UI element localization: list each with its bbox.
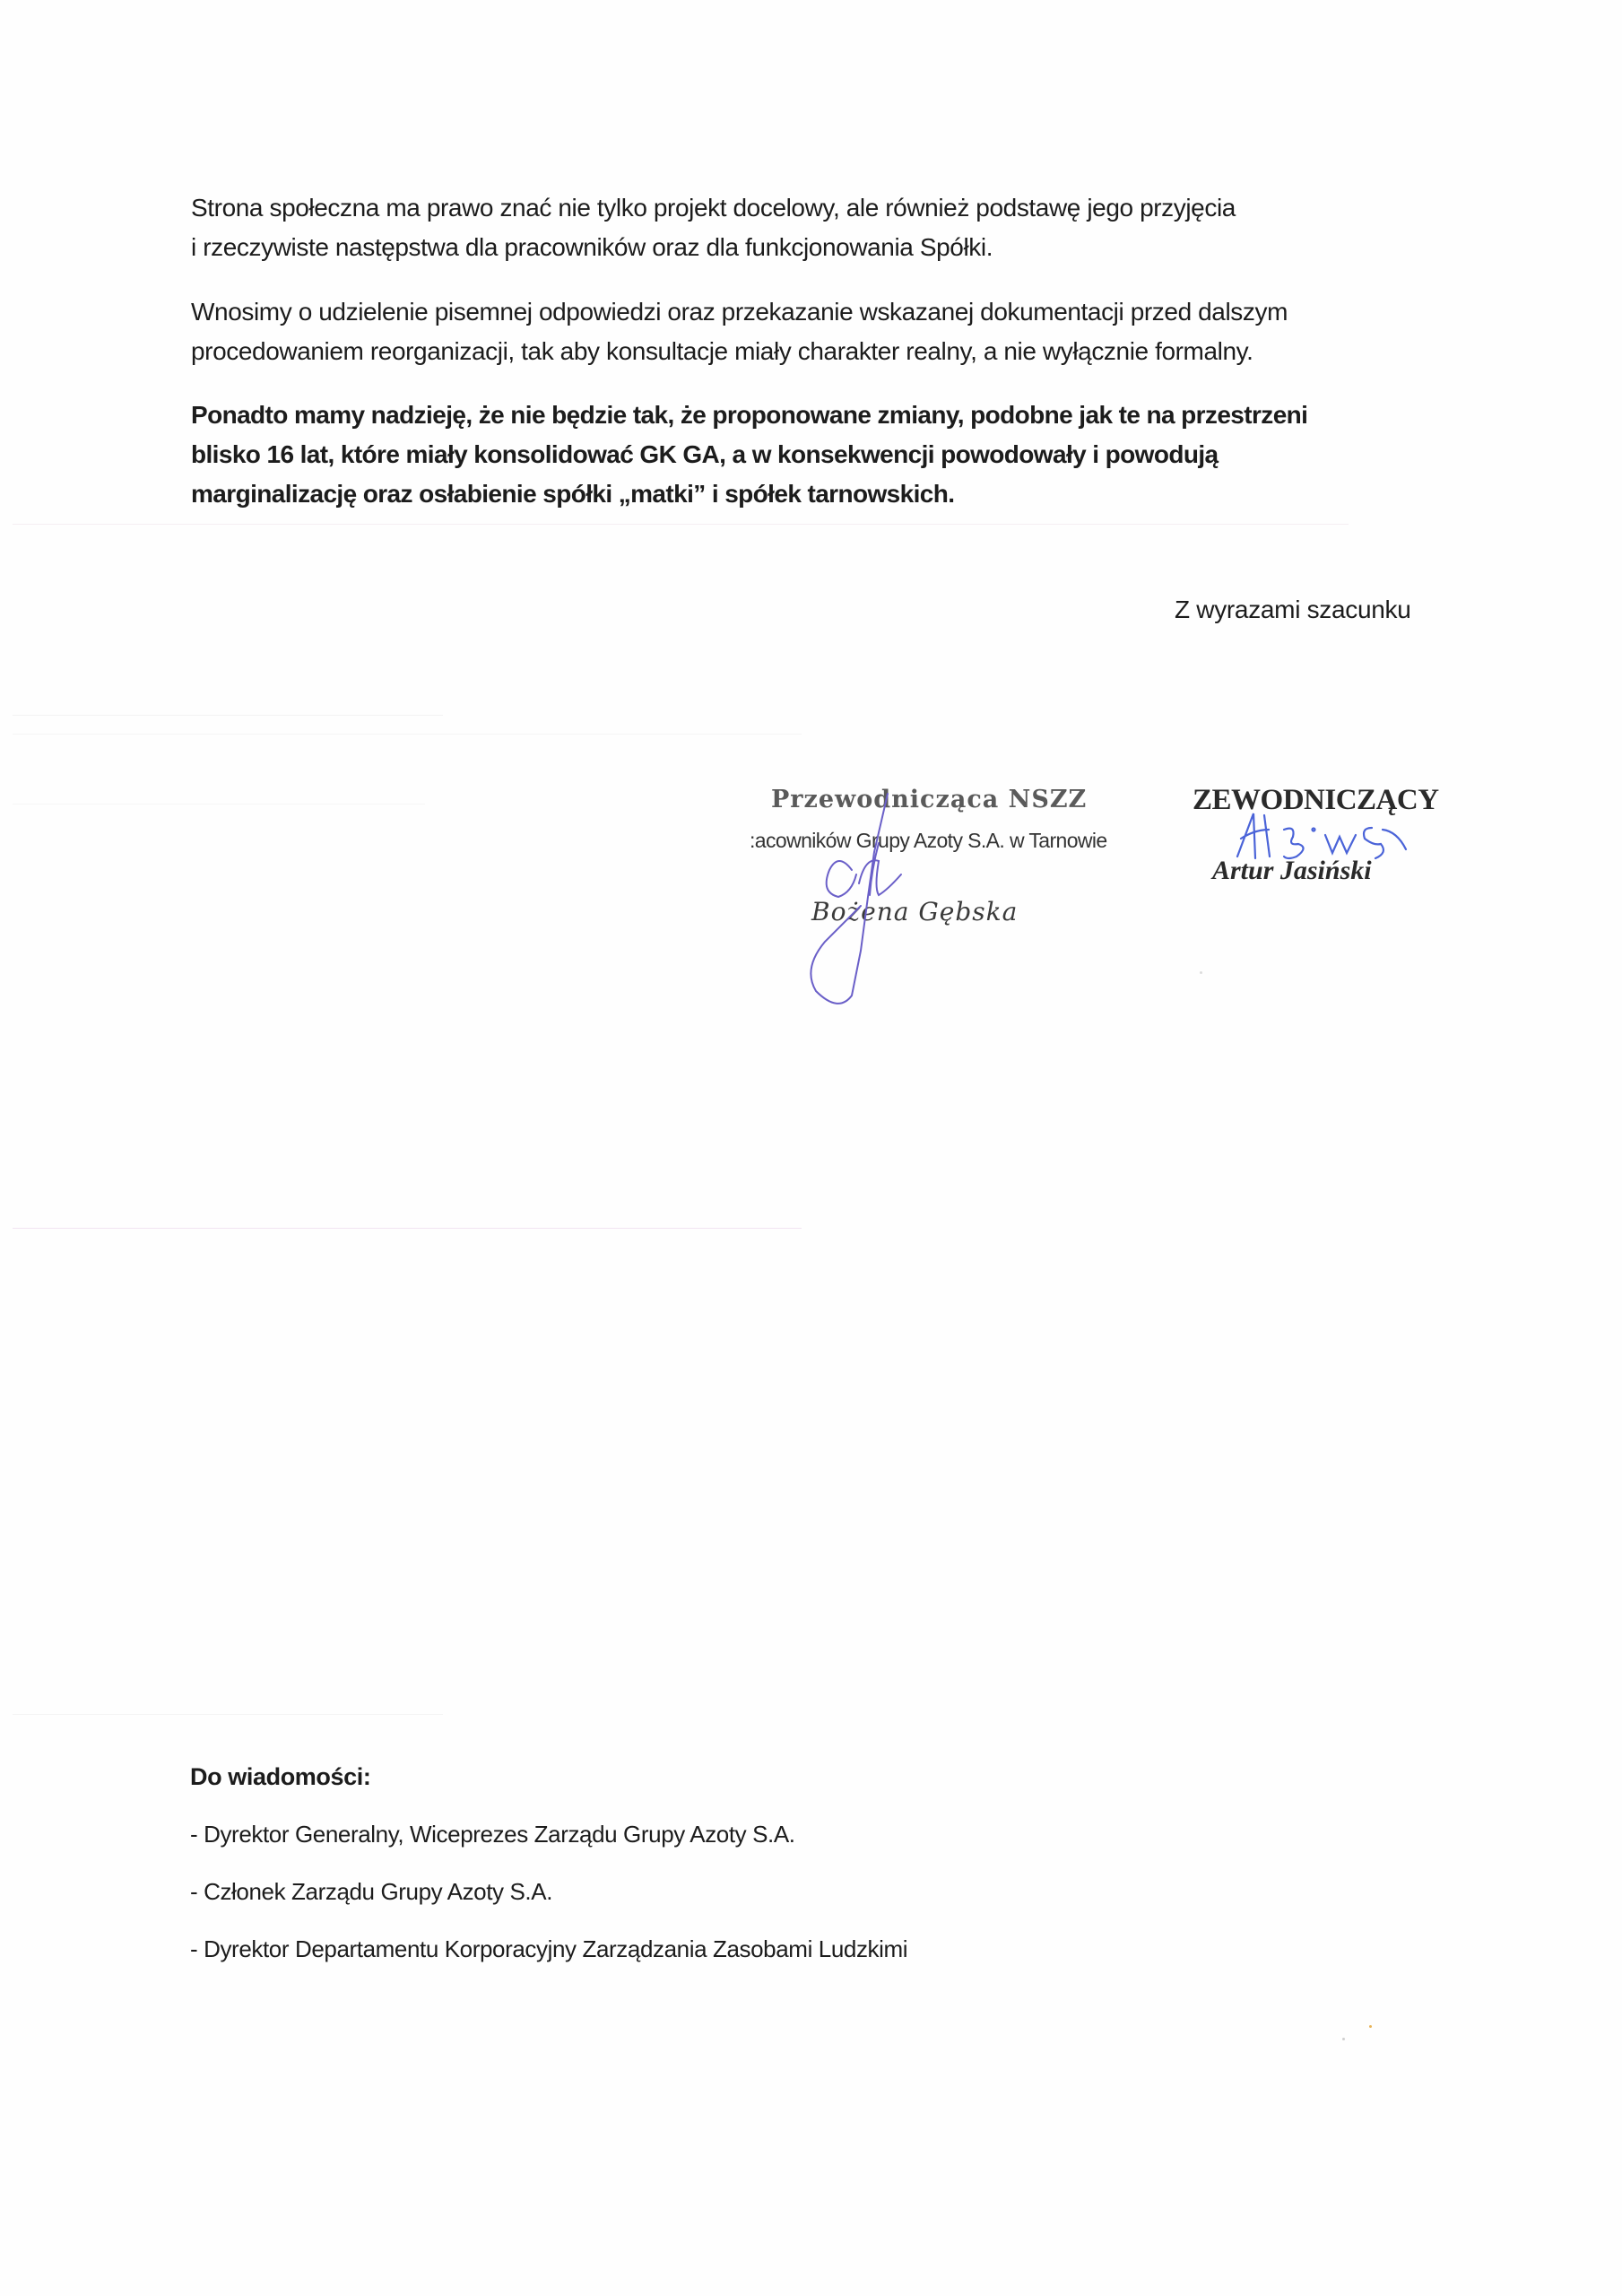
cc-heading: Do wiadomości: [190, 1763, 370, 1791]
closing-salutation: Z wyrazami szacunku [1175, 596, 1411, 624]
scan-artifact-line [13, 1228, 802, 1229]
scan-artifact-line [13, 1714, 443, 1715]
stamp-organization: :acowników Grupy Azoty S.A. w Tarnowie [750, 829, 1107, 853]
scan-speck [1200, 971, 1202, 974]
stamp-name: Artur Jasiński [1212, 856, 1372, 886]
paragraph-line: procedowaniem reorganizacji, tak aby kon… [191, 332, 1446, 371]
scan-artifact-line [13, 524, 1349, 525]
cc-list: - Dyrektor Generalny, Wiceprezes Zarządu… [190, 1819, 907, 1991]
stamp-title: Przewodnicząca NSZZ [771, 786, 1087, 813]
paragraph-line: Strona społeczna ma prawo znać nie tylko… [191, 188, 1446, 228]
paragraph-2: Wnosimy o udzielenie pisemnej odpowiedzi… [191, 292, 1446, 371]
stamp-name: Bożena Gębska [811, 897, 1018, 926]
document-page: Strona społeczna ma prawo znać nie tylko… [0, 0, 1622, 2296]
paragraph-3-bold: Ponadto mamy nadzieję, że nie będzie tak… [191, 396, 1446, 514]
paragraph-line: marginalizację oraz osłabienie spółki „m… [191, 474, 1446, 514]
cc-item: - Dyrektor Departamentu Korporacyjny Zar… [190, 1934, 907, 1991]
cc-item: - Dyrektor Generalny, Wiceprezes Zarządu… [190, 1819, 907, 1876]
cc-item: - Członek Zarządu Grupy Azoty S.A. [190, 1876, 907, 1934]
scan-speck [1342, 2038, 1345, 2040]
paragraph-line: blisko 16 lat, które miały konsolidować … [191, 435, 1446, 474]
paragraph-line: Wnosimy o udzielenie pisemnej odpowiedzi… [191, 292, 1446, 332]
paragraph-line: i rzeczywiste następstwa dla pracowników… [191, 228, 1446, 267]
scan-artifact-line [13, 734, 802, 735]
scan-speck [1369, 2025, 1372, 2028]
stamp-title: ZEWODNICZĄCY [1193, 784, 1439, 817]
scan-artifact-line [13, 715, 443, 716]
scan-artifact-line [13, 804, 425, 804]
paragraph-line: Ponadto mamy nadzieję, że nie będzie tak… [191, 396, 1446, 435]
paragraph-1: Strona społeczna ma prawo znać nie tylko… [191, 188, 1446, 267]
